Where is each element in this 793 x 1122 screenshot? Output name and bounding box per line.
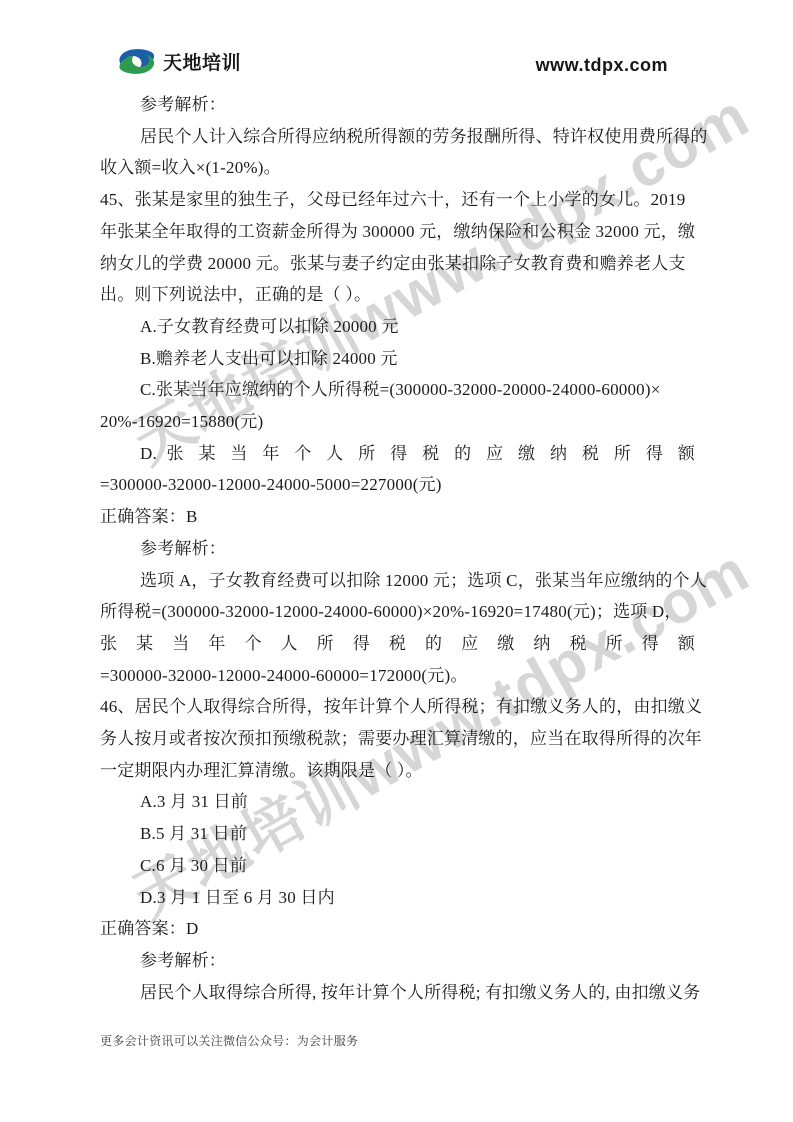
logo-text: 天地培训 (163, 48, 241, 75)
text-line: C.6 月 30 日前 (100, 850, 695, 882)
text-line: 居民个人取得综合所得, 按年计算个人所得税; 有扣缴义务人的, 由扣缴义务 (100, 977, 695, 1009)
text-line: 年张某全年取得的工资薪金所得为 300000 元，缴纳保险和公积金 32000 … (100, 216, 695, 248)
text-line: 收入额=收入×(1-20%)。 (100, 152, 695, 184)
text-line: =300000-32000-12000-24000-60000=172000(元… (100, 660, 695, 692)
text-line: A.3 月 31 日前 (100, 786, 695, 818)
text-line: B.赡养老人支出可以扣除 24000 元 (100, 343, 695, 375)
text-line: 出。则下列说法中，正确的是（ ）。 (100, 279, 695, 311)
text-line: 20%-16920=15880(元) (100, 406, 695, 438)
text-line: C.张某当年应缴纳的个人所得税=(300000-32000-20000-2400… (100, 374, 695, 406)
text-line: 参考解析： (100, 945, 695, 977)
text-line: 张 某 当 年 个 人 所 得 税 的 应 缴 纳 税 所 得 额 (100, 628, 695, 660)
document-page: 天地培训www.tdpx.com 天地培训www.tdpx.com 天地培训 w… (0, 0, 793, 1122)
text-line: 务人按月或者按次预扣预缴税款；需要办理汇算清缴的，应当在取得所得的次年 (100, 723, 695, 755)
text-line: 参考解析： (100, 89, 695, 121)
text-line: 选项 A，子女教育经费可以扣除 12000 元；选项 C，张某当年应缴纳的个人 (100, 565, 695, 597)
text-line: 参考解析： (100, 533, 695, 565)
text-line: 所得税=(300000-32000-12000-24000-60000)×20%… (100, 596, 695, 628)
text-line: 正确答案：B (100, 501, 695, 533)
document-lines: 参考解析：居民个人计入综合所得应纳税所得额的劳务报酬所得、特许权使用费所得的收入… (100, 89, 695, 1008)
text-line: 45、张某是家里的独生子，父母已经年过六十，还有一个上小学的女儿。2019 (100, 184, 695, 216)
text-line: 正确答案：D (100, 913, 695, 945)
tiandi-swirl-logo-icon (118, 48, 156, 75)
website-url: www.tdpx.com (536, 55, 668, 76)
text-line: 居民个人计入综合所得应纳税所得额的劳务报酬所得、特许权使用费所得的 (100, 121, 695, 153)
text-line: A.子女教育经费可以扣除 20000 元 (100, 311, 695, 343)
text-line: 一定期限内办理汇算清缴。该期限是（ ）。 (100, 755, 695, 787)
text-line: =300000-32000-12000-24000-5000=227000(元) (100, 469, 695, 501)
text-line: 纳女儿的学费 20000 元。张某与妻子约定由张某扣除子女教育费和赡养老人支 (100, 248, 695, 280)
footer-note: 更多会计资讯可以关注微信公众号：为会计服务 (100, 1032, 358, 1049)
text-line: 46、居民个人取得综合所得，按年计算个人所得税；有扣缴义务人的，由扣缴义 (100, 691, 695, 723)
company-logo: 天地培训 (118, 48, 241, 75)
text-line: D. 张 某 当 年 个 人 所 得 税 的 应 缴 纳 税 所 得 额 (100, 438, 695, 470)
text-line: B.5 月 31 日前 (100, 818, 695, 850)
text-line: D.3 月 1 日至 6 月 30 日内 (100, 882, 695, 914)
